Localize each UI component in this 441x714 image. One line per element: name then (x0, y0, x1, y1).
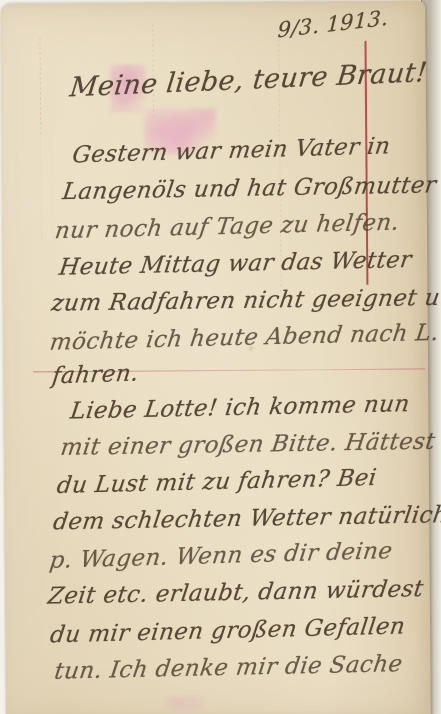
letter-line: nur noch auf Tage zu helfen. (55, 211, 400, 245)
letter-line: fahren. (52, 361, 139, 389)
letter-line-text: mit einer großen Bitte. Hättest (59, 430, 437, 462)
letter-line: p. Wagen. Wenn es dir deine (49, 539, 392, 574)
letter-line: du mir einen großen Gefallen (50, 614, 406, 648)
date-line: 9/3. 1913. (276, 7, 389, 42)
scanned-postcard-image: 9/3. 1913. Meine liebe, teure Braut! Ges… (0, 0, 441, 714)
letter-line: zum Radfahren nicht geeignet u. (51, 286, 441, 317)
letter-line: tun. Ich denke mir die Sache (54, 652, 403, 685)
salutation-line: Meine liebe, teure Braut! (69, 58, 427, 103)
ruled-line-left-dotted-faded (40, 133, 42, 241)
ruled-line-left-dotted (39, 37, 41, 133)
letter-line-text: zum Radfahren nicht geeignet u. (50, 286, 441, 317)
letter-line-text: fahren. (51, 361, 141, 389)
letter-line: dem schlechten Wetter natürlich (53, 503, 441, 536)
letter-line: du Lust mit zu fahren? Bei (57, 466, 377, 499)
letter-line-text: nur noch auf Tage zu helfen. (53, 211, 401, 245)
letter-line-text: tun. Ich denke mir die Sache (53, 652, 404, 685)
ink-smudge-bottom (165, 696, 205, 710)
letter-line-text: dem schlechten Wetter natürlich (52, 503, 441, 536)
letter-line-text: Zeit etc. erlaubt, dann würdest (46, 577, 425, 610)
letter-line: mit einer großen Bitte. Hättest (60, 430, 435, 462)
letter-line: möchte ich heute Abend nach L. (50, 321, 440, 356)
letter-line: Gestern war mein Vater in (72, 134, 391, 168)
letter-line: Liebe Lotte! ich komme nun (70, 392, 410, 425)
letter-line-text: du Lust mit zu fahren? Bei (55, 466, 378, 499)
letter-line-text: Langenöls und hat Großmutter (61, 173, 438, 205)
letter-line-text: Gestern war mein Vater in (71, 134, 392, 169)
letter-line: Langenöls und hat Großmutter (62, 173, 436, 205)
salutation-text: Meine liebe, teure Braut! (68, 58, 429, 103)
letter-line: Zeit etc. erlaubt, dann würdest (48, 577, 424, 610)
letter-line-text: Liebe Lotte! ich komme nun (69, 392, 412, 425)
letter-line-text: du mir einen großen Gefallen (48, 614, 406, 648)
letter-line-text: Heute Mittag war das Wetter (58, 248, 414, 281)
postcard: 9/3. 1913. Meine liebe, teure Braut! Ges… (0, 0, 431, 714)
letter-line-text: p. Wagen. Wenn es dir deine (48, 539, 394, 574)
letter-line-text: möchte ich heute Abend nach L. (48, 321, 440, 356)
date-text: 9/3. 1913. (277, 7, 389, 43)
letter-line: Heute Mittag war das Wetter (59, 248, 412, 281)
